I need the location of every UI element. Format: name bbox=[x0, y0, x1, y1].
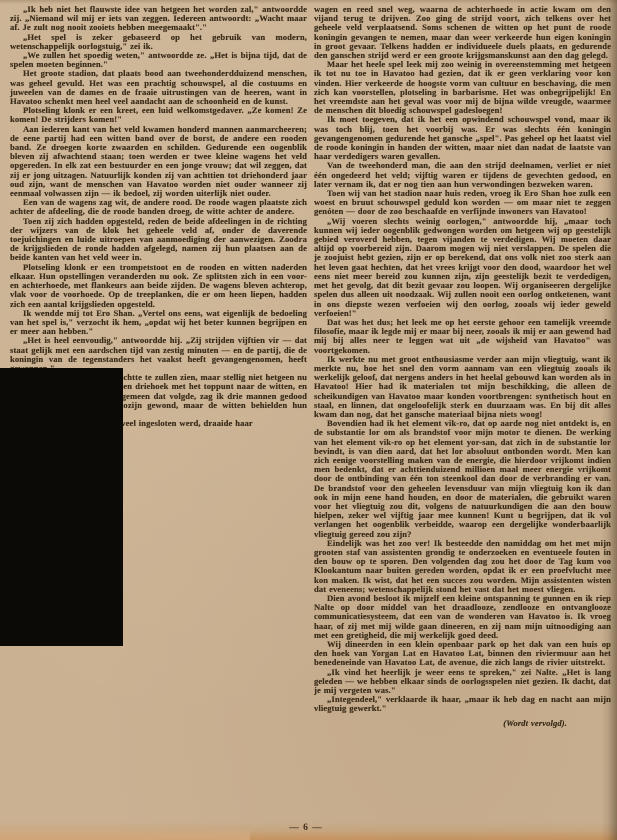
paragraph: Plotseling klonk er een kreet, een luid … bbox=[10, 106, 307, 124]
paragraph: wagen en reed snel weg, waarna de achter… bbox=[314, 5, 611, 60]
paragraph: Toen zij zich hadden opgesteld, reden de… bbox=[10, 217, 307, 263]
paragraph: Ik moet toegeven, dat ik het een opwinde… bbox=[314, 115, 611, 161]
paragraph: Toen wij van het stadion naar huis reden… bbox=[314, 189, 611, 217]
paragraph: Dien avond besloot ik mijzelf een kleine… bbox=[314, 594, 611, 640]
paragraph: „Ik vind het heerlijk je weer eens te sp… bbox=[314, 668, 611, 696]
paragraph: Een van de wagens zag wit, de andere roo… bbox=[10, 198, 307, 216]
paragraph: „Het spel is zeker gebaseerd op het gebr… bbox=[10, 33, 307, 51]
paragraph: Aan iederen kant van het veld kwamen hon… bbox=[10, 125, 307, 199]
paragraph: „Ik heb niet het flauwste idee van hetge… bbox=[10, 5, 307, 33]
page-number: — 6 — bbox=[276, 823, 336, 833]
scanned-page: „Ik heb niet het flauwste idee van hetge… bbox=[0, 0, 617, 840]
paragraph: Ik wendde mij tot Ero Shan. „Vertel ons … bbox=[10, 309, 307, 337]
paragraph: „Wij voeren slechts weinig oorlogen," an… bbox=[314, 217, 611, 318]
paragraph: Ik werkte nu met groot enthousiasme verd… bbox=[314, 355, 611, 419]
continuation-note: (Wordt vervolgd). bbox=[314, 719, 611, 728]
paragraph: Dat was het dus; het leek me op het eers… bbox=[314, 318, 611, 355]
blacked-out-illustration bbox=[0, 368, 123, 646]
page-bottom-edge bbox=[0, 828, 250, 840]
paragraph: „Integendeel," verklaarde ik haar, „maar… bbox=[314, 695, 611, 713]
paragraph: Van de tweehonderd man, die aan den stri… bbox=[314, 161, 611, 189]
paragraph: Maar het heele spel leek mij zoo weinig … bbox=[314, 60, 611, 115]
text-column-right: wagen en reed snel weg, waarna de achter… bbox=[314, 5, 611, 728]
paragraph: Het groote stadion, dat plaats bood aan … bbox=[10, 69, 307, 106]
paragraph: Eindelijk was het zoo ver! Ik besteedde … bbox=[314, 539, 611, 594]
paragraph: Bovendien had ik het element vik-ro, dat… bbox=[314, 419, 611, 539]
paragraph: Plotseling klonk er een trompetstoot en … bbox=[10, 263, 307, 309]
text-column-left: „Ik heb niet het flauwste idee van hetge… bbox=[10, 5, 307, 428]
paragraph: Wij dineerden in een klein openbaar park… bbox=[314, 640, 611, 668]
paragraph: „We zullen het spoedig weten," antwoordd… bbox=[10, 51, 307, 69]
